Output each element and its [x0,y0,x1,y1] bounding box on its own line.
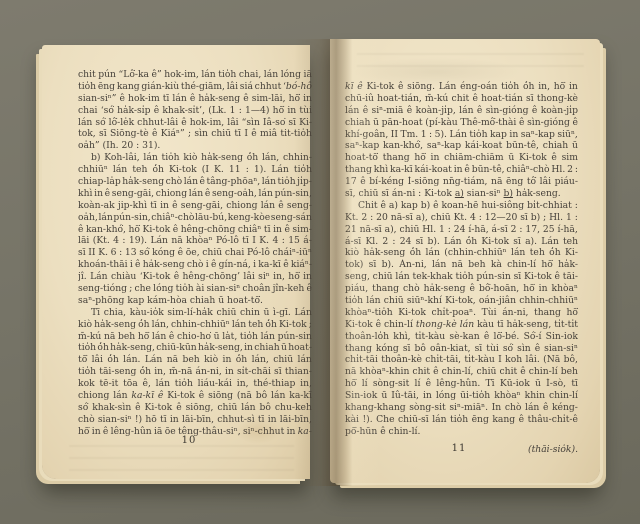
open-book: chitpún“Lô͘-kaê”hok-im,lántio̍hchai,lánl… [42,42,600,482]
ink-showthrough [357,53,584,75]
text-line: seng,chiūlántek-khaktio̍hpún-sinsīKi-tok… [345,271,578,283]
text-line: khang-khangsòng-sitsiⁿ-miāⁿ.Inchòlánêkén… [345,402,578,414]
text-line: chionglánka-kīêKi-tokêsiōng(nābôlánka-kī [78,390,312,402]
text-line: só͘khak-sìnêKi-tokêsiōng,chiūlánbôchu-ke… [78,402,312,414]
text-line: jî.Lánchiàu‘Ki-tokêhêng-chōng’lâisiⁿin,h… [78,271,312,283]
page-text-right: kīêKi-tokêsiōng.Lánéng-oántio̍hó̍hin,hō͘… [345,81,578,456]
text-line: chū-iûhoat-tián,m̄-kúchitêhoat-tiánsītho… [345,93,578,105]
text-line: chiap-la̍pha̍k-sengchòlánêtâng-phōaⁿ,lán… [78,176,312,188]
text-line: sī, chiū sī án-ni : Ki-tok a) sian-siⁿ b… [345,188,578,200]
text-line: lāi(Kt.4:19).LánnākhòaⁿPó-lôtīIK.4:15á- [78,235,312,247]
text-line: tio̍hēngkanggián-kiùthé-giām,lâisiáchhut… [78,81,312,93]
text-line: hō͘lísòng-sitlíêlêng-hûn.TīKū-iokūÍ-sò,t… [345,378,578,390]
text-line: koàn-akjip-khìtīinêseng-gāi,chionglánêse… [78,200,312,212]
text-line: chi̍t-tāithoân-kèchi̍t-tāi,ti̍t-kàuIkohl… [345,354,578,366]
text-line: khí-goân,IITm.1:5).Lántio̍hkapinsaⁿ-kaps… [345,129,578,141]
text-line: Sin-iokūIû-tāi,inlóngūi-tio̍hkhòaⁿkhinch… [345,390,578,402]
ink-showthrough [69,445,294,475]
text-line: hoat-tō͘thanghō͘inchiām-chiāmūKi-tokêsim [345,152,578,164]
book-page-left: chitpún“Lô͘-kaê”hok-im,lántio̍hchai,lánl… [42,45,310,479]
text-line: tō͘lâió̍hlán.Lánnābehkiòinó̍hlán,chiūlán [78,354,312,366]
text-line: saⁿ-phōng kap kám-hòa chiah ū hoat-tō͘. [78,295,312,307]
text-line: khoán-thāiiêha̍k-sengchòiêgín-ná,ika-kīê… [78,259,312,271]
text-line: kiòha̍k-sengó̍hlán,chhin-chhiūⁿlántehó̍h… [78,319,312,331]
text-line: lánêsiⁿ-miāêkoàn-ji̍p,lánêsìn-gióngêkoàn… [345,105,578,117]
text-line: sian-siⁿ”êhok-imtīlánêha̍k-sengêsim-lāi,… [78,93,312,105]
text-line: seng-tióng;chelóngtio̍hàisian-siⁿchoânjî… [78,283,312,295]
text-line: tio̍hó̍hha̍k-seng,chiū-kūnha̍k-seng,inch… [78,342,312,354]
text-line: piáu,thangchòha̍k-sengêbô͘-hoān,hō͘inkhò… [345,283,578,295]
text-line: koktē-ittōaê,lántio̍hliáu-káiin,thé-thia… [78,378,312,390]
text-line: chiahūpān-hoat(pí-kàuThê-mô͘-thàiêsìn-gi… [345,117,578,129]
text-line: thangkóngsībôoân-kiat,sītùisó͘sìnêsian-s… [345,343,578,355]
text-line: êkan-khó͘,hō͘Ki-tokêhêng-chōngchiâⁿtīinê… [78,224,312,236]
text-line: saⁿ-kapkan-khó͘,saⁿ-kapkái-koatbūn-tê,ch… [345,140,578,152]
text-line: Tīchia,kàu-io̍ksim-lí-ha̍kchiūchinūì-gī.… [78,307,312,319]
text-line: pō͘-hūn ê chin-lí. [345,426,578,438]
text-line: khòaⁿ-tio̍hKi-tokchi̍t-poaⁿ.Tùián-ni,tha… [345,307,578,319]
text-line: tio̍hlánchiūsiūⁿ-khíKi-tok,oán-jiânchhin… [345,295,578,307]
book-page-right: kīêKi-tokêsiōng.Lánéng-oántio̍hó̍hin,hō͘… [330,39,600,483]
text-line: kiòha̍k-sengó̍hlán(chhin-chhiūⁿlántehó̍h… [345,247,578,259]
text-line: thangkhìka-kīkái-koatinêbūn-tê,chiâⁿ-chò… [345,164,578,176]
text-line: chhiūⁿlántehó̍hKi-tok(IK.11:1).Lántio̍h [78,164,312,176]
page-number-right: 11 [342,443,576,454]
photo-background: chitpún“Lô͘-kaê”hok-im,lántio̍hchai,lánl… [0,0,640,524]
text-line: thoân-lo̍hkhì,ti̍t-kàusè-kanêlō͘-bé.Só͘-… [345,331,578,343]
text-line: m̄-kúnābehhō͘lánêchio-ho͘ūla̍t,tio̍hlánp… [78,331,312,343]
text-line: sīIIK.6:13só͘kóngêōe,chiūchaiPó-lôcháiⁿ-… [78,247,312,259]
text-line: kīêKi-tokêsiōng.Lánéng-oántio̍hó̍hin,hō͘… [345,81,578,93]
text-line: chitpún“Lô͘-kaê”hok-im,lántio̍hchai,lánl… [78,69,312,81]
text-line: oa̍h,lánpún-sin,chiâⁿ-chòlāu-bú,keng-kòe… [78,212,312,224]
page-text-left: chitpún“Lô͘-kaê”hok-im,lántio̍hchai,lánl… [78,69,312,438]
text-line: tio̍htāi-sengó̍hin,m̄-nāán-ni,insi̍t-chā… [78,366,312,378]
text-line: Chitêa)kapb)êkoan-hēhui-siôngbi̍t-chhiat… [345,200,578,212]
text-line: nākhòaⁿ-khinchitêchin-lí,chiūchitêchin-l… [345,366,578,378]
text-line: 17êbí-kéngÍ-siōngnn̄g-tiám,nāēngtô͘lâipi… [345,176,578,188]
text-line: b)Koh-lâi,lántio̍hkiòha̍k-sengó̍hlán,chh… [78,152,312,164]
text-line: chai‘só͘ha̍k-si̍pêkhak-si̍t’,(Lk.1:1—4)h… [78,105,312,117]
text-line: kài!).Chechiū-sīlántio̍hēngkangêthâu-chi… [345,414,578,426]
text-line: tok)sīb).Án-ni,lánnābehkàchin-líhō͘ha̍k- [345,259,578,271]
text-line: Ki-tokêchin-líthong-kèlánkàutīha̍k-seng,… [345,319,578,331]
text-line: 21nā-sīa),chiūHl.1:24í-hā,á-sī2:17,25í-h… [345,224,578,236]
text-line: tok,sīSiōng-tèêKiáⁿ”;sìnchiūtīIêmiâtit-t… [78,128,312,140]
text-line: oa̍h” (Ih. 20 : 31). [78,140,312,152]
page-number-left: 10 [72,435,306,446]
text-line: chòsian-siⁿ!)hōtīinlāi-bīn,chhut-sìtīinl… [78,414,312,426]
text-line: lánsó͘lô͘-le̍kchhut-lâiêhok-im,lâi“sìnIâ… [78,117,312,129]
text-line: á-sīKl.2:24sīb).Lánó̍hKi-toksīa).Lánteh [345,236,578,248]
text-line: Kt.2:20nā-sīa),chiūKt.4:12—20sīb);Hl.1: [345,212,578,224]
text-line: khìinêseng-gāi,chionglánêseng-oa̍h,lánpú… [78,188,312,200]
